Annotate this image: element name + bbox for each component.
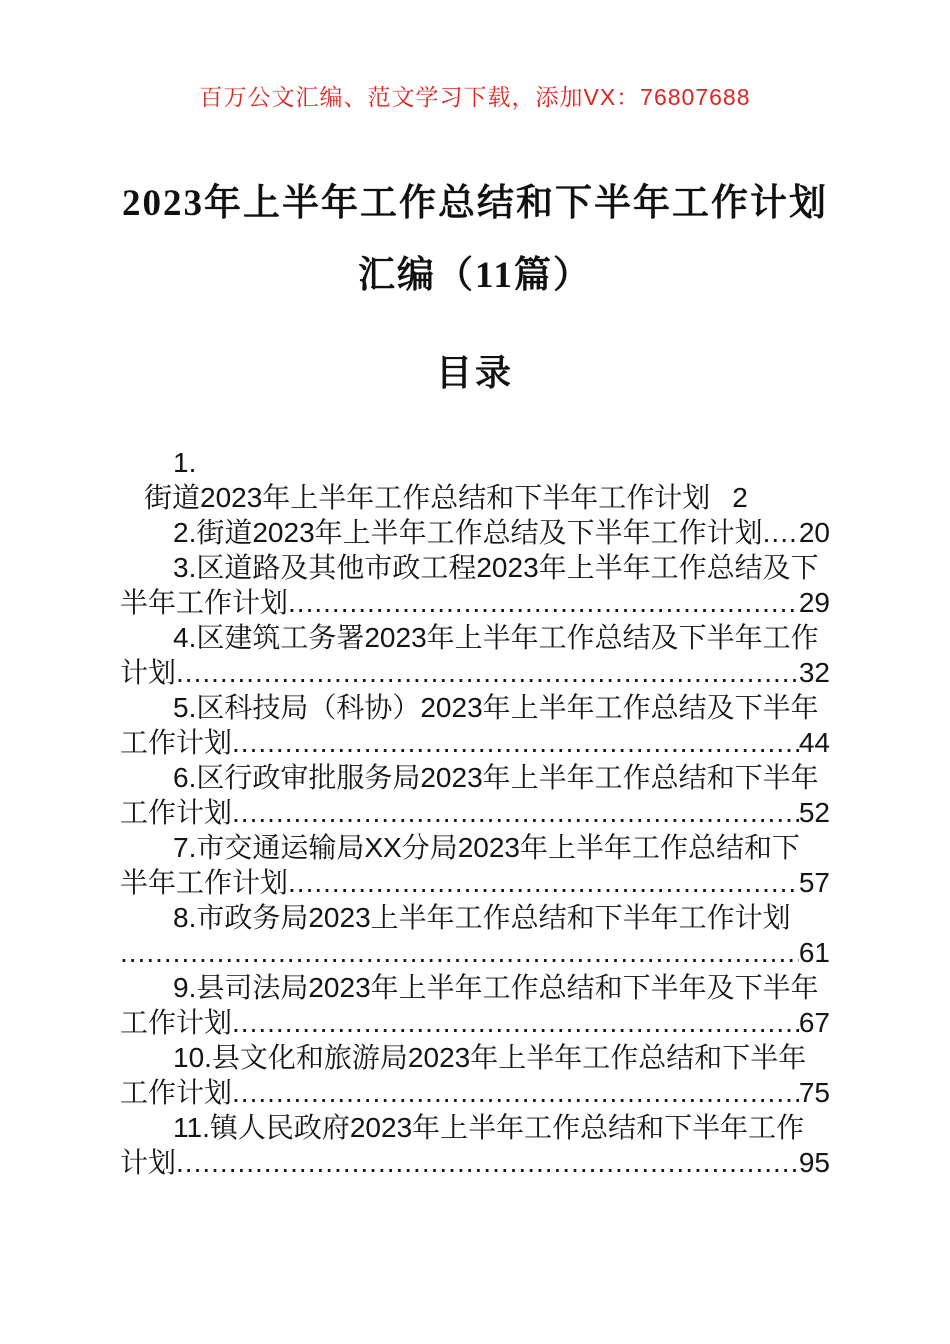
toc-row: 工作计划....................................… [120, 795, 830, 830]
toc-entry-text: 8.市政务局2023上半年工作总结和下半年工作计划 [173, 900, 791, 935]
dot-leader: ........................................… [176, 1145, 799, 1180]
toc-list: 1.街道2023年上半年工作总结和下半年工作计划22.街道2023年上半年工作总… [120, 445, 830, 1180]
toc-entry-text: 11.镇人民政府2023年上半年工作总结和下半年工作 [173, 1110, 804, 1145]
dot-leader: ........................................… [232, 1075, 799, 1110]
toc-row: 计划......................................… [120, 1145, 830, 1180]
toc-entry-text: 9.县司法局2023年上半年工作总结和下半年及下半年 [173, 970, 819, 1005]
toc-row: ........................................… [120, 935, 830, 970]
dot-leader: ........................................… [232, 1005, 799, 1040]
document-title-line2: 汇编（11篇） [0, 240, 950, 312]
toc-page-number: 2 [732, 480, 748, 515]
document-title: 2023年上半年工作总结和下半年工作计划 汇编（11篇） [0, 168, 950, 312]
toc-page-number: 95 [799, 1145, 830, 1180]
toc-row: 5.区科技局（科协）2023年上半年工作总结及下半年 [120, 690, 830, 725]
toc-row: 10.县文化和旅游局2023年上半年工作总结和下半年 [120, 1040, 830, 1075]
toc-page-number: 44 [799, 725, 830, 760]
toc-entry-text: 计划 [120, 1145, 176, 1180]
toc-entry-text: 7.市交通运输局XX分局2023年上半年工作总结和下 [173, 830, 800, 865]
toc-entry-text: 4.区建筑工务署2023年上半年工作总结及下半年工作 [173, 620, 819, 655]
toc-entry-text: 1. [173, 445, 196, 480]
dot-leader: ........................................… [232, 725, 799, 760]
document-title-line1: 2023年上半年工作总结和下半年工作计划 [0, 168, 950, 240]
toc-entry-text: 街道2023年上半年工作总结和下半年工作计划 [144, 480, 710, 515]
toc-page-number: 20 [799, 515, 830, 550]
toc-page-number: 29 [799, 585, 830, 620]
toc-row: 3.区道路及其他市政工程2023年上半年工作总结及下 [120, 550, 830, 585]
toc-entry-text: 5.区科技局（科协）2023年上半年工作总结及下半年 [173, 690, 819, 725]
toc-page-number: 67 [799, 1005, 830, 1040]
toc-entry-text: 工作计划 [120, 795, 232, 830]
toc-entry-text: 3.区道路及其他市政工程2023年上半年工作总结及下 [173, 550, 819, 585]
dot-leader: ........................................… [176, 655, 799, 690]
dot-leader: ........................................… [288, 585, 799, 620]
toc-entry-text: 计划 [120, 655, 176, 690]
toc-row: 计划......................................… [120, 655, 830, 690]
toc-row: 街道2023年上半年工作总结和下半年工作计划2 [120, 480, 830, 515]
toc-row: 工作计划....................................… [120, 1005, 830, 1040]
toc-row: 2.街道2023年上半年工作总结及下半年工作计划................… [120, 515, 830, 550]
toc-row: 1. [120, 445, 830, 480]
toc-row: 8.市政务局2023上半年工作总结和下半年工作计划 [120, 900, 830, 935]
toc-row: 半年工作计划..................................… [120, 585, 830, 620]
toc-entry-text: 10.县文化和旅游局2023年上半年工作总结和下半年 [173, 1040, 806, 1075]
dot-leader: ........................................… [763, 515, 799, 550]
toc-row: 工作计划....................................… [120, 1075, 830, 1110]
toc-row: 7.市交通运输局XX分局2023年上半年工作总结和下 [120, 830, 830, 865]
dot-leader: ........................................… [120, 935, 799, 970]
toc-row: 6.区行政审批服务局2023年上半年工作总结和下半年 [120, 760, 830, 795]
promo-banner: 百万公文汇编、范文学习下载，添加VX：76807688 [0, 0, 950, 110]
toc-entry-text: 6.区行政审批服务局2023年上半年工作总结和下半年 [173, 760, 819, 795]
toc-row: 4.区建筑工务署2023年上半年工作总结及下半年工作 [120, 620, 830, 655]
toc-entry-text: 工作计划 [120, 725, 232, 760]
dot-leader: ........................................… [232, 795, 799, 830]
toc-entry-text: 工作计划 [120, 1075, 232, 1110]
toc-page-number: 57 [799, 865, 830, 900]
toc-page-number: 52 [799, 795, 830, 830]
toc-entry-text: 2.街道2023年上半年工作总结及下半年工作计划 [173, 515, 763, 550]
toc-entry-text: 半年工作计划 [120, 865, 288, 900]
toc-page-number: 32 [799, 655, 830, 690]
toc-row: 9.县司法局2023年上半年工作总结和下半年及下半年 [120, 970, 830, 1005]
toc-row: 半年工作计划..................................… [120, 865, 830, 900]
toc-entry-text: 工作计划 [120, 1005, 232, 1040]
toc-entry-text: 半年工作计划 [120, 585, 288, 620]
document-page: 百万公文汇编、范文学习下载，添加VX：76807688 2023年上半年工作总结… [0, 0, 950, 1344]
toc-row: 工作计划....................................… [120, 725, 830, 760]
dot-leader: ........................................… [288, 865, 799, 900]
toc-heading: 目录 [0, 348, 950, 398]
toc-page-number: 75 [799, 1075, 830, 1110]
toc-row: 11.镇人民政府2023年上半年工作总结和下半年工作 [120, 1110, 830, 1145]
toc-page-number: 61 [799, 935, 830, 970]
